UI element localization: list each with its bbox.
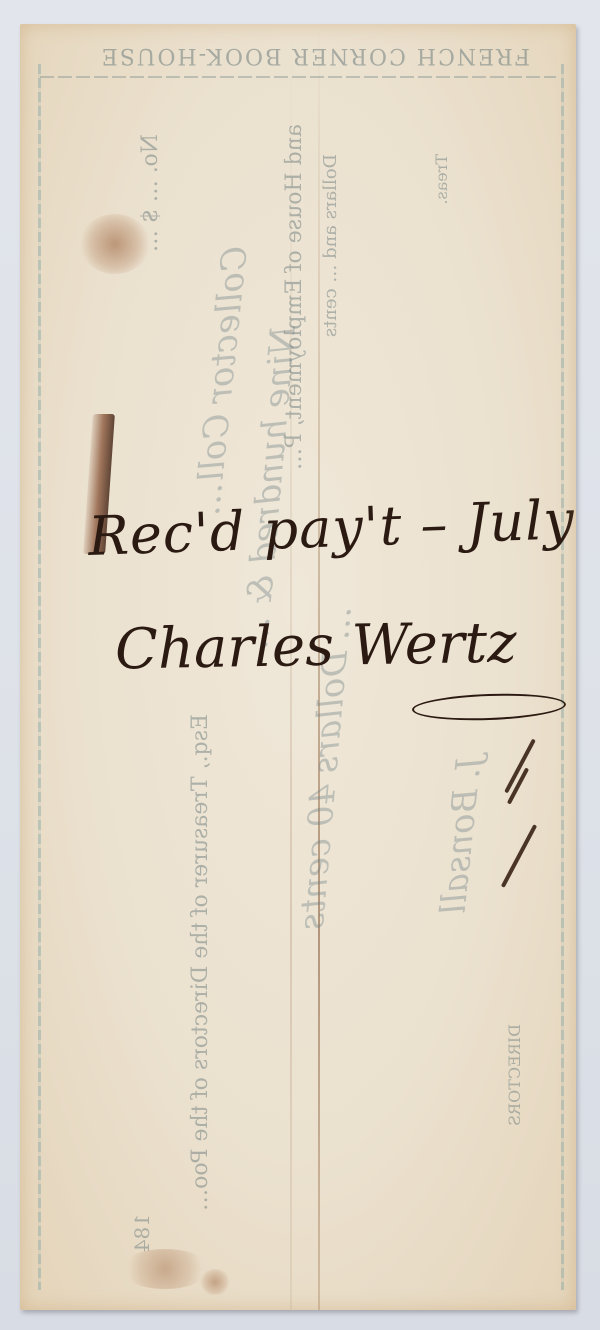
- bleed-through-line-b: Esq., Treasurer of the Directors of the …: [188, 714, 213, 1211]
- small-stain: [200, 1269, 230, 1295]
- margin-ink-ticks: [490, 744, 560, 904]
- right-ornamental-border: [561, 64, 564, 1290]
- bleed-through-year: 184: [130, 1214, 154, 1252]
- paper-document: FRENCH CORNER BOOK-HOUSE No. … $ … and H…: [20, 24, 576, 1310]
- heading-rule: [40, 76, 556, 78]
- left-ornamental-border: [38, 64, 41, 1290]
- signature-flourish: [412, 691, 567, 722]
- ink-stain: [80, 214, 150, 274]
- bleed-through-treasurer-label: Treas.: [432, 154, 451, 205]
- bleed-through-script-payee: Collector Coll…: [188, 244, 256, 518]
- signature: Charles Wertz: [114, 611, 517, 683]
- bleed-through-heading: FRENCH CORNER BOOK-HOUSE: [100, 43, 530, 68]
- bleed-through-line-c: Dollars and … cents: [320, 154, 341, 337]
- bleed-through-directors-label: DIRECTORS: [505, 1024, 524, 1126]
- bleed-through-script-amount: Nine hundred & …: [236, 324, 304, 651]
- bleed-through-script-signature: J. Bonsall: [433, 754, 489, 917]
- receipt-note: Rec'd pay't – July 2/48: [87, 483, 576, 568]
- water-stain: [120, 1249, 210, 1289]
